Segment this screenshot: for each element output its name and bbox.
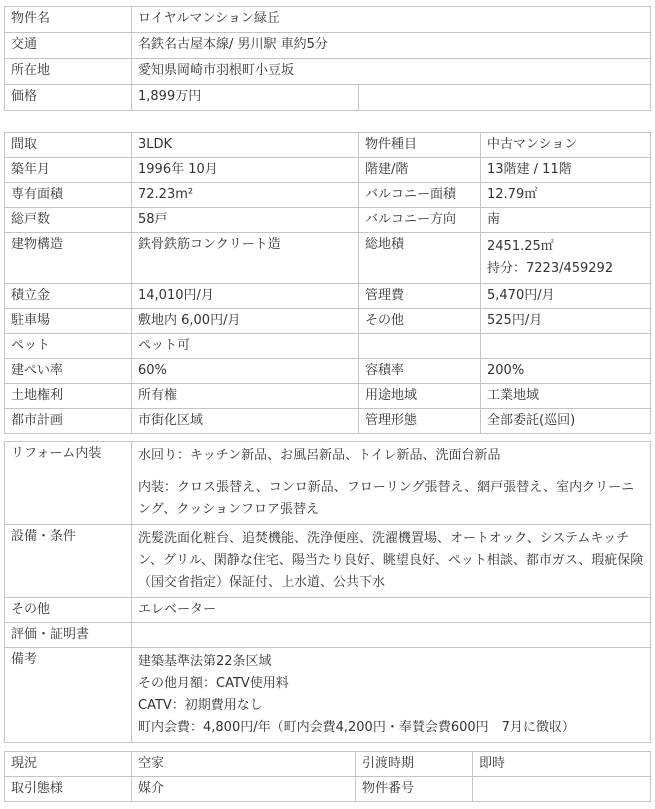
reform-water-value: 水回り：キッチン新品、お風呂新品、トイレ新品、洗面台新品 bbox=[138, 445, 644, 467]
floors-value: 13階建 / 11階 bbox=[481, 158, 651, 183]
other-label: その他 bbox=[5, 598, 132, 623]
management-type-value: 全部委託(巡回) bbox=[481, 409, 651, 434]
zoning-label: 用途地域 bbox=[359, 384, 481, 409]
table-row: 評価・証明書 bbox=[5, 623, 651, 648]
floor-area-ratio-label: 容積率 bbox=[359, 359, 481, 384]
structure-value: 鉄骨鉄筋コンクリート造 bbox=[132, 233, 359, 284]
handover-value: 即時 bbox=[473, 752, 651, 777]
certificate-value bbox=[132, 623, 651, 648]
land-share-value: 持分：7223/459292 bbox=[487, 258, 644, 280]
table-row: ペット ペット可 bbox=[5, 334, 651, 359]
layout-value: 3LDK bbox=[132, 133, 359, 158]
current-status-value: 空家 bbox=[132, 752, 356, 777]
empty-cell bbox=[359, 334, 481, 359]
parking-label: 駐車場 bbox=[5, 309, 132, 334]
other-fee-label: その他 bbox=[359, 309, 481, 334]
management-type-label: 管理形態 bbox=[359, 409, 481, 434]
remarks-label: 備考 bbox=[5, 648, 132, 743]
details-table: 間取 3LDK 物件種目 中古マンション 築年月 1996年 10月 階建/階 … bbox=[4, 132, 651, 434]
total-units-label: 総戸数 bbox=[5, 208, 132, 233]
land-area-label: 総地積 bbox=[359, 233, 481, 284]
table-row: その他 エレベーター bbox=[5, 598, 651, 623]
empty-cell bbox=[359, 85, 651, 111]
remarks-line: CATV：初期費用なし bbox=[138, 695, 644, 717]
management-fee-label: 管理費 bbox=[359, 284, 481, 309]
floor-area-ratio-value: 200% bbox=[481, 359, 651, 384]
transaction-type-value: 媒介 bbox=[132, 777, 356, 802]
management-fee-value: 5,470円/月 bbox=[481, 284, 651, 309]
property-name-label: 物件名 bbox=[5, 7, 132, 33]
summary-table: 物件名 ロイヤルマンション緑丘 交通 名鉄名古屋本線/ 男川駅 車約5分 所在地… bbox=[4, 6, 651, 111]
address-label: 所在地 bbox=[5, 59, 132, 85]
table-row: 積立金 14,010円/月 管理費 5,470円/月 bbox=[5, 284, 651, 309]
table-row: 土地権利 所有権 用途地域 工業地域 bbox=[5, 384, 651, 409]
table-row: リフォーム内装 水回り：キッチン新品、お風呂新品、トイレ新品、洗面台新品 内装：… bbox=[5, 442, 651, 525]
land-rights-label: 土地権利 bbox=[5, 384, 132, 409]
table-row: 価格 1,899万円 bbox=[5, 85, 651, 111]
table-row: 設備・条件 洗髪洗面化粧台、追焚機能、洗浄便座、洗濯機置場、オートオック、システ… bbox=[5, 525, 651, 598]
remarks-cell: 建築基準法第22条区域 その他月額：CATV使用料 CATV：初期費用なし 町内… bbox=[132, 648, 651, 743]
handover-label: 引渡時期 bbox=[356, 752, 473, 777]
reform-label: リフォーム内装 bbox=[5, 442, 132, 525]
built-date-label: 築年月 bbox=[5, 158, 132, 183]
structure-label: 建物構造 bbox=[5, 233, 132, 284]
price-value: 1,899万円 bbox=[132, 85, 359, 111]
pet-value: ペット可 bbox=[132, 334, 359, 359]
remarks-line: その他月額：CATV使用料 bbox=[138, 673, 644, 695]
status-table: 現況 空家 引渡時期 即時 取引態様 媒介 物件番号 bbox=[4, 751, 651, 802]
table-row: 備考 建築基準法第22条区域 その他月額：CATV使用料 CATV：初期費用なし… bbox=[5, 648, 651, 743]
table-row: 建ぺい率 60% 容積率 200% bbox=[5, 359, 651, 384]
city-planning-value: 市街化区域 bbox=[132, 409, 359, 434]
table-row: 専有面積 72.23m² バルコニー面積 12.79㎡ bbox=[5, 183, 651, 208]
table-row: 所在地 愛知県岡崎市羽根町小豆坂 bbox=[5, 59, 651, 85]
land-rights-value: 所有権 bbox=[132, 384, 359, 409]
zoning-value: 工業地域 bbox=[481, 384, 651, 409]
equipment-label: 設備・条件 bbox=[5, 525, 132, 598]
parking-value: 敷地内 6,00円/月 bbox=[132, 309, 359, 334]
property-name-value: ロイヤルマンション緑丘 bbox=[132, 7, 651, 33]
access-label: 交通 bbox=[5, 33, 132, 59]
table-row: 都市計画 市街化区域 管理形態 全部委託(巡回) bbox=[5, 409, 651, 434]
balcony-area-value: 12.79㎡ bbox=[481, 183, 651, 208]
address-value: 愛知県岡崎市羽根町小豆坂 bbox=[132, 59, 651, 85]
balcony-direction-label: バルコニー方向 bbox=[359, 208, 481, 233]
floor-area-label: 専有面積 bbox=[5, 183, 132, 208]
city-planning-label: 都市計画 bbox=[5, 409, 132, 434]
property-number-value bbox=[473, 777, 651, 802]
certificate-label: 評価・証明書 bbox=[5, 623, 132, 648]
reform-interior-value: 内装：クロス張替え、コンロ新品、フローリング張替え、網戸張替え、室内クリーニング… bbox=[138, 477, 644, 521]
other-fee-value: 525円/月 bbox=[481, 309, 651, 334]
table-row: 総戸数 58戸 バルコニー方向 南 bbox=[5, 208, 651, 233]
table-row: 物件名 ロイヤルマンション緑丘 bbox=[5, 7, 651, 33]
repair-reserve-value: 14,010円/月 bbox=[132, 284, 359, 309]
floors-label: 階建/階 bbox=[359, 158, 481, 183]
property-type-label: 物件種目 bbox=[359, 133, 481, 158]
table-row: 交通 名鉄名古屋本線/ 男川駅 車約5分 bbox=[5, 33, 651, 59]
table-row: 駐車場 敷地内 6,00円/月 その他 525円/月 bbox=[5, 309, 651, 334]
reform-cell: 水回り：キッチン新品、お風呂新品、トイレ新品、洗面台新品 内装：クロス張替え、コ… bbox=[132, 442, 651, 525]
remarks-line: 建築基準法第22条区域 bbox=[138, 651, 644, 673]
balcony-direction-value: 南 bbox=[481, 208, 651, 233]
current-status-label: 現況 bbox=[5, 752, 132, 777]
empty-cell bbox=[481, 334, 651, 359]
floor-area-value: 72.23m² bbox=[132, 183, 359, 208]
repair-reserve-label: 積立金 bbox=[5, 284, 132, 309]
coverage-ratio-label: 建ぺい率 bbox=[5, 359, 132, 384]
notes-table: リフォーム内装 水回り：キッチン新品、お風呂新品、トイレ新品、洗面台新品 内装：… bbox=[4, 441, 651, 743]
table-row: 取引態様 媒介 物件番号 bbox=[5, 777, 651, 802]
table-row: 建物構造 鉄骨鉄筋コンクリート造 総地積 2451.25㎡ 持分：7223/45… bbox=[5, 233, 651, 284]
other-value: エレベーター bbox=[132, 598, 651, 623]
property-number-label: 物件番号 bbox=[356, 777, 473, 802]
price-label: 価格 bbox=[5, 85, 132, 111]
equipment-value: 洗髪洗面化粧台、追焚機能、洗浄便座、洗濯機置場、オートオック、システムキッチン、… bbox=[138, 528, 644, 594]
table-row: 間取 3LDK 物件種目 中古マンション bbox=[5, 133, 651, 158]
land-area-value: 2451.25㎡ bbox=[487, 236, 644, 258]
table-row: 現況 空家 引渡時期 即時 bbox=[5, 752, 651, 777]
total-units-value: 58戸 bbox=[132, 208, 359, 233]
pet-label: ペット bbox=[5, 334, 132, 359]
balcony-area-label: バルコニー面積 bbox=[359, 183, 481, 208]
coverage-ratio-value: 60% bbox=[132, 359, 359, 384]
built-date-value: 1996年 10月 bbox=[132, 158, 359, 183]
remarks-line: 町内会費：4,800円/年（町内会費4,200円・奉賛会費600円 7月に徴収） bbox=[138, 717, 644, 739]
access-value: 名鉄名古屋本線/ 男川駅 車約5分 bbox=[132, 33, 651, 59]
transaction-type-label: 取引態様 bbox=[5, 777, 132, 802]
property-type-value: 中古マンション bbox=[481, 133, 651, 158]
table-row: 築年月 1996年 10月 階建/階 13階建 / 11階 bbox=[5, 158, 651, 183]
land-area-cell: 2451.25㎡ 持分：7223/459292 bbox=[481, 233, 651, 284]
layout-label: 間取 bbox=[5, 133, 132, 158]
